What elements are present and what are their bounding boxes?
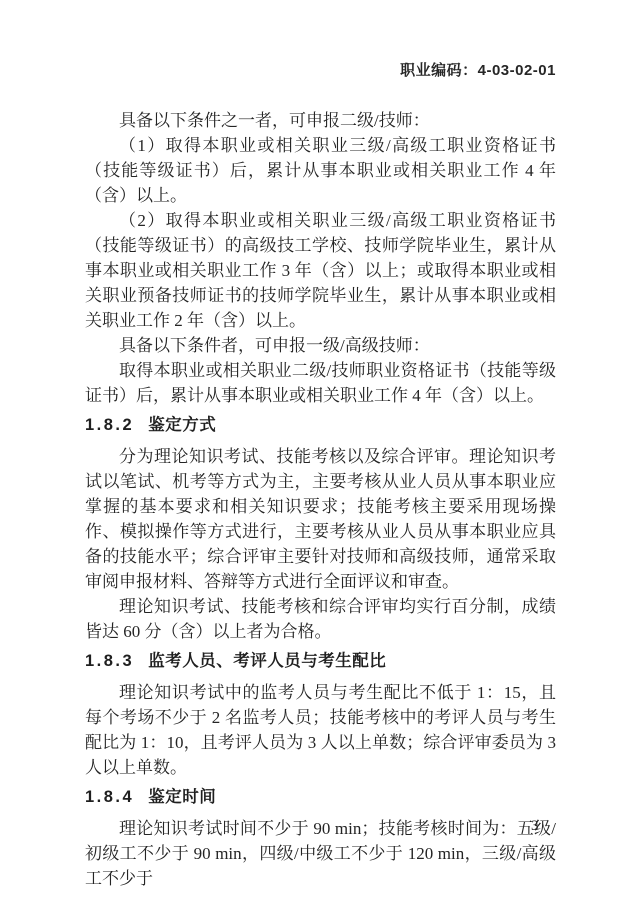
section-number: 1.8.4 <box>85 788 134 806</box>
section-title: 鉴定方式 <box>148 416 216 434</box>
paragraph-exam-duration: 理论知识考试时间不少于 90 min；技能考核时间为：五级/初级工不少于 90 … <box>85 816 556 891</box>
section-title: 监考人员、考评人员与考生配比 <box>148 652 386 670</box>
paragraph-apply-level1-intro: 具备以下条件者，可申报一级/高级技师： <box>85 333 556 358</box>
paragraph-proctor-ratio: 理论知识考试中的监考人员与考生配比不低于 1：15，且每个考场不少于 2 名监考… <box>85 680 556 780</box>
section-title: 鉴定时间 <box>148 788 216 806</box>
paragraph-apply-level2-intro: 具备以下条件之一者，可申报二级/技师： <box>85 108 556 133</box>
paragraph-condition-2: （2）取得本职业或相关职业三级/高级工职业资格证书（技能等级证书）的高级技工学校… <box>85 208 556 333</box>
paragraph-condition-1: （1）取得本职业或相关职业三级/高级工职业资格证书（技能等级证书）后，累计从事本… <box>85 133 556 208</box>
section-heading-1-8-3: 1.8.3监考人员、考评人员与考生配比 <box>85 649 556 674</box>
document-page: 职业编码：4-03-02-01 具备以下条件之一者，可申报二级/技师： （1）取… <box>0 0 641 899</box>
section-number: 1.8.2 <box>85 416 134 434</box>
page-number: 3 <box>531 818 539 835</box>
section-heading-1-8-2: 1.8.2鉴定方式 <box>85 413 556 438</box>
paragraph-assessment-methods: 分为理论知识考试、技能考核以及综合评审。理论知识考试以笔试、机考等方式为主，主要… <box>85 444 556 594</box>
paragraph-passing-score: 理论知识考试、技能考核和综合评审均实行百分制，成绩皆达 60 分（含）以上者为合… <box>85 594 556 644</box>
document-body: 具备以下条件之一者，可申报二级/技师： （1）取得本职业或相关职业三级/高级工职… <box>85 108 556 891</box>
paragraph-level1-condition: 取得本职业或相关职业二级/技师职业资格证书（技能等级证书）后，累计从事本职业或相… <box>85 358 556 408</box>
section-heading-1-8-4: 1.8.4鉴定时间 <box>85 785 556 810</box>
occupation-code: 职业编码：4-03-02-01 <box>400 59 556 80</box>
section-number: 1.8.3 <box>85 652 134 670</box>
